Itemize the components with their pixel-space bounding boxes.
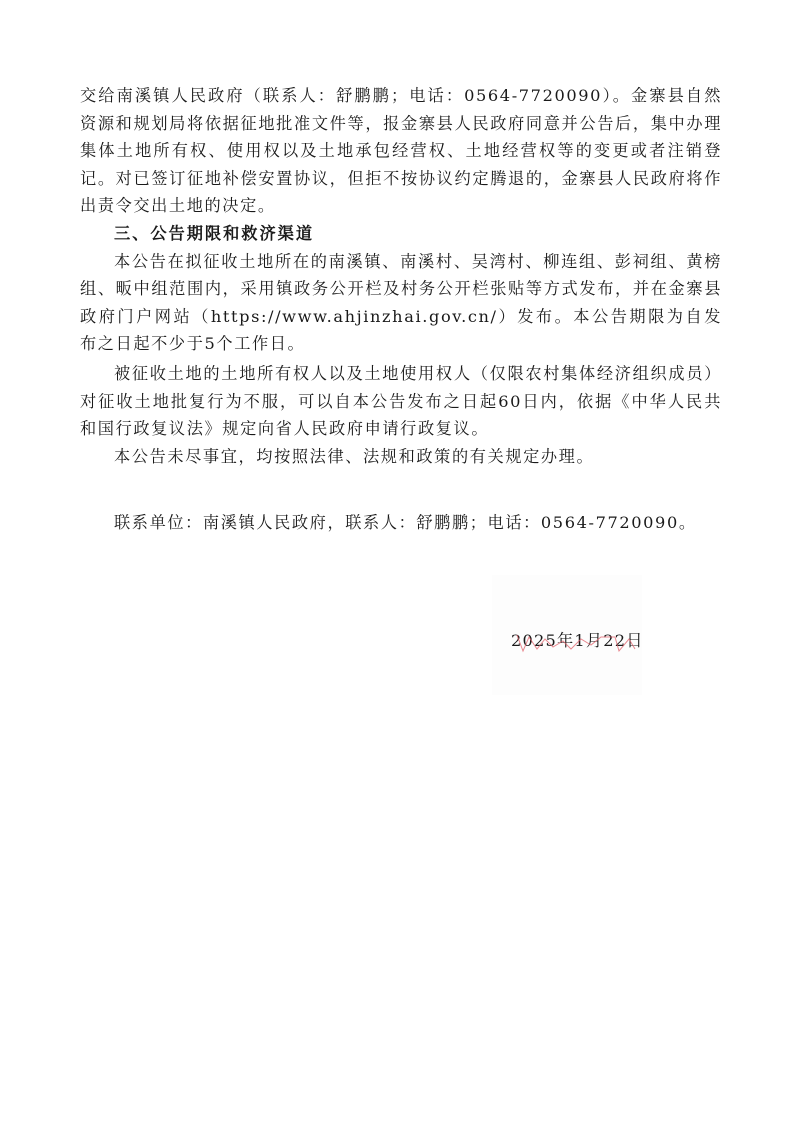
paragraph-continued: 交给南溪镇人民政府（联系人：舒鹏鹏；电话：0564-7720090）。金寨县自然…: [80, 82, 722, 220]
section-heading: 三、公告期限和救济渠道: [80, 220, 722, 248]
body-text-top: 交给南溪镇人民政府（联系人：舒鹏鹏；电话：0564-7720090）。金寨县自然…: [80, 82, 722, 220]
section-three: 三、公告期限和救济渠道 本公告在拟征收土地所在的南溪镇、南溪村、吴湾村、柳连组、…: [80, 220, 722, 470]
document-page: 交给南溪镇人民政府（联系人：舒鹏鹏；电话：0564-7720090）。金寨县自然…: [0, 0, 800, 1131]
paragraph-remedy: 被征收土地的土地所有权人以及土地使用权人（仅限农村集体经济组织成员）对征收土地批…: [80, 360, 722, 443]
issue-date: 2025年1月22日: [511, 627, 644, 651]
paragraph-other-matters: 本公告未尽事宜，均按照法律、法规和政策的有关规定办理。: [80, 443, 722, 471]
paragraph-publication-scope: 本公告在拟征收土地所在的南溪镇、南溪村、吴湾村、柳连组、彭祠组、黄榜组、畈中组范…: [80, 248, 722, 358]
contact-line: 联系单位：南溪镇人民政府，联系人：舒鹏鹏；电话：0564-7720090。: [114, 509, 697, 533]
